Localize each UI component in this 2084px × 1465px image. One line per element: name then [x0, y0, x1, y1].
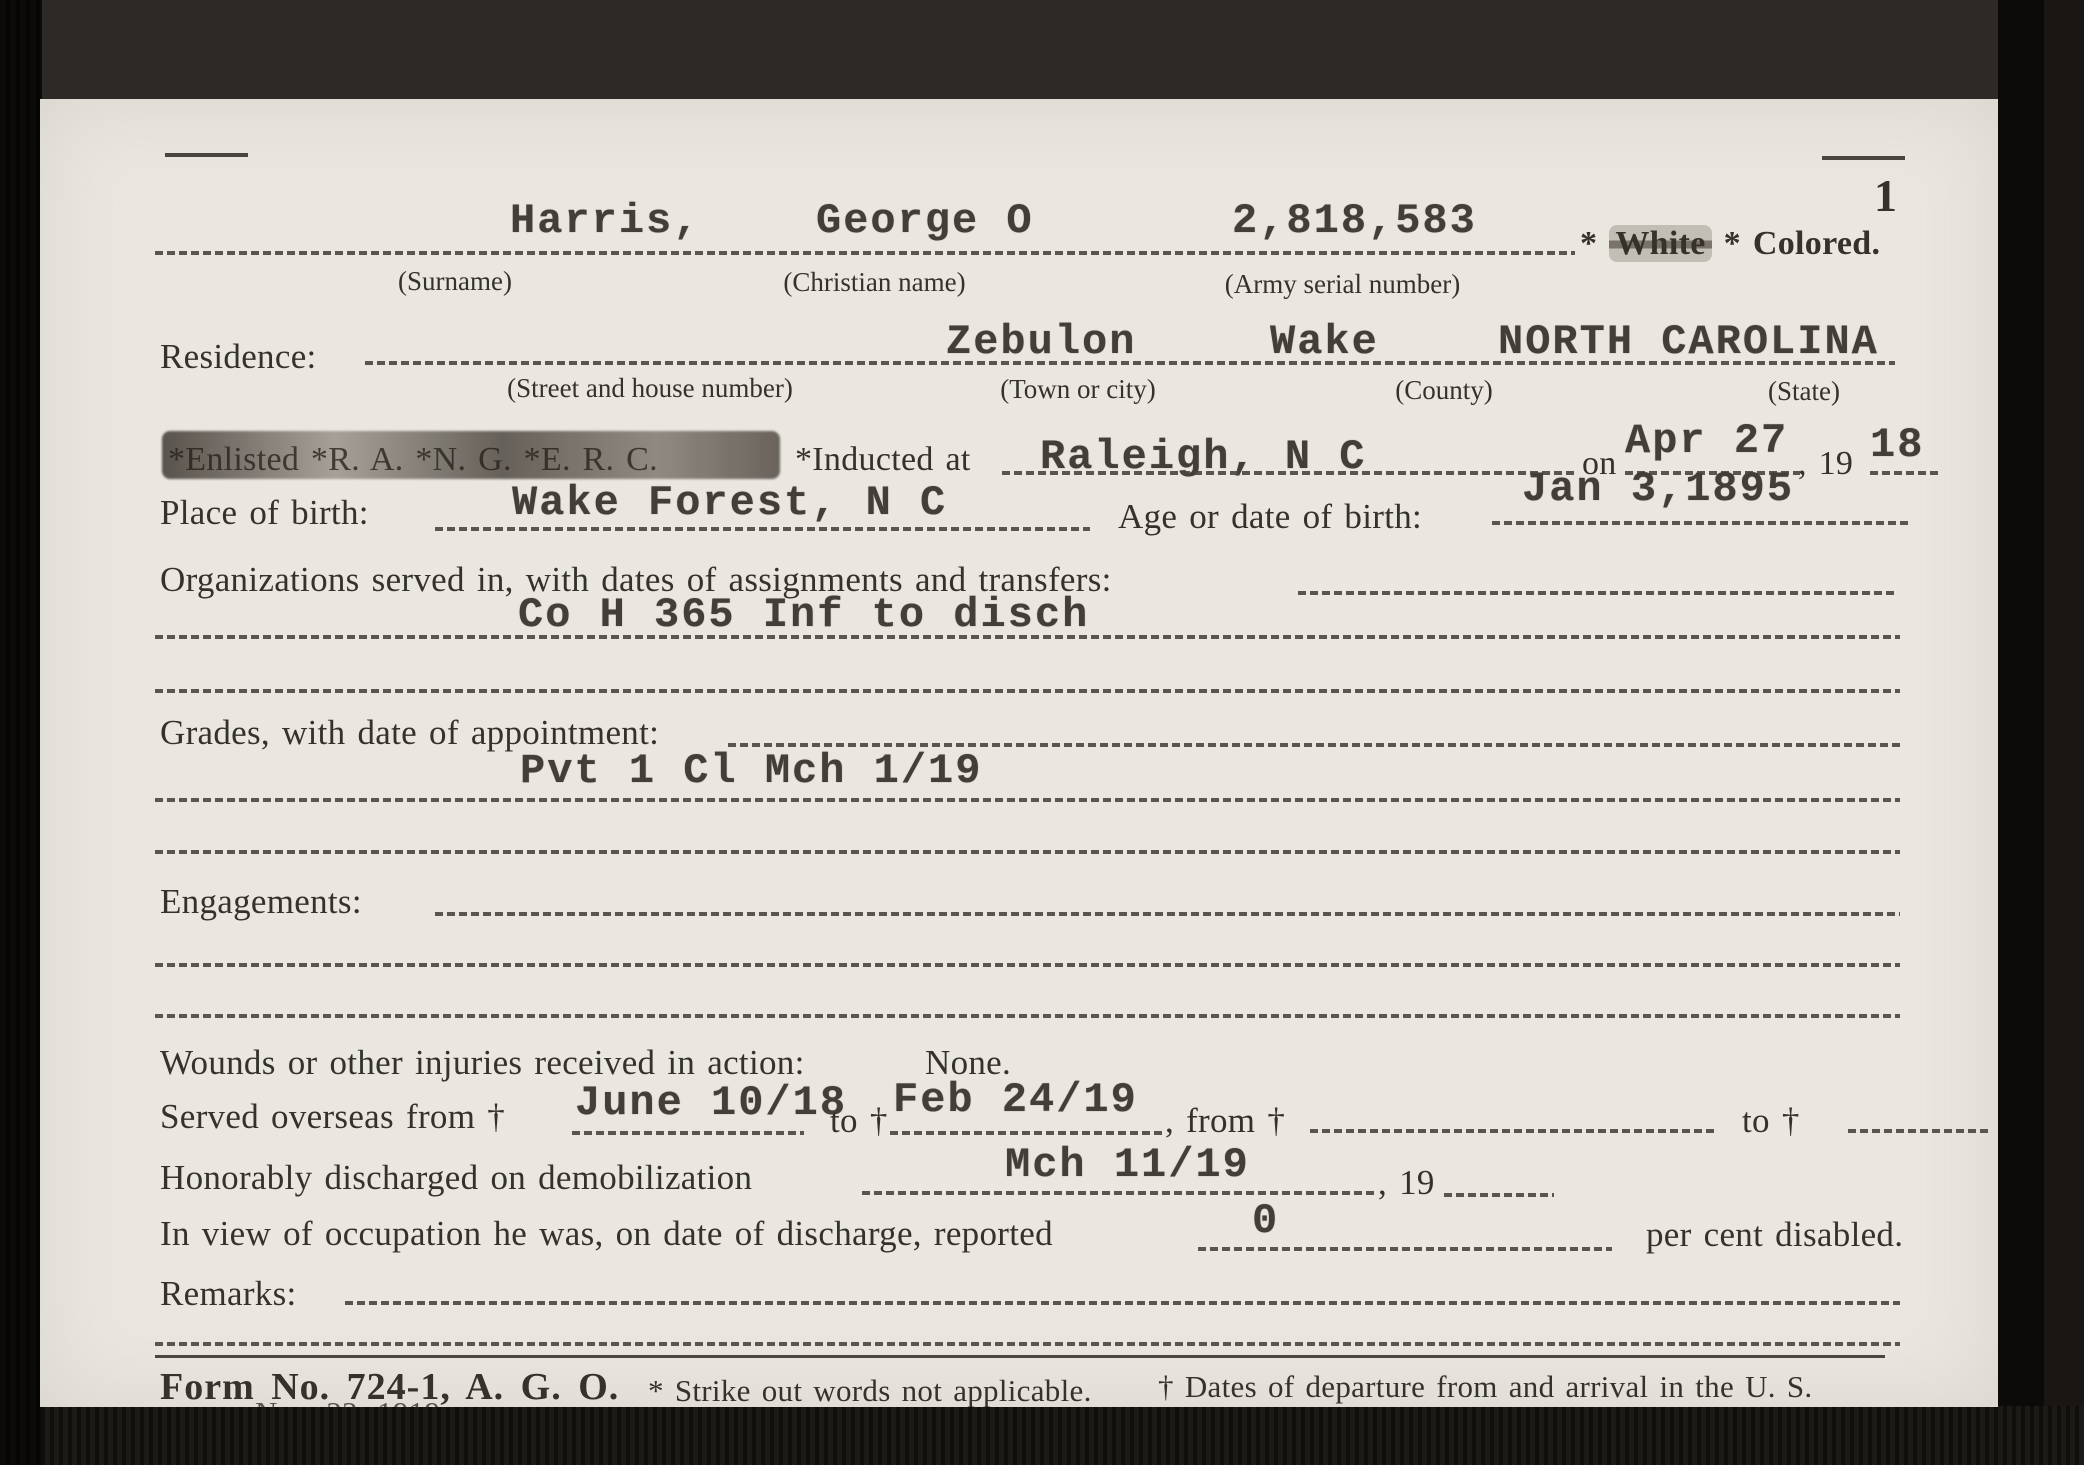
dotted-line	[1310, 1129, 1715, 1133]
dotted-line	[155, 963, 1900, 967]
residence-state-value: NORTH CAROLINA	[1498, 318, 1879, 366]
page-number-rule	[1822, 156, 1905, 160]
scan-background-left-strip	[0, 0, 42, 1465]
organizations-value: Co H 365 Inf to disch	[518, 591, 1089, 639]
inducted-at-label: *Inducted at	[795, 441, 971, 479]
service-record-card: 1 Harris, George O 2,818,583 *White*Colo…	[40, 99, 1998, 1407]
race-option-colored: Colored.	[1753, 225, 1880, 262]
dotted-line	[155, 850, 1900, 854]
overseas-from2-label: , from †	[1165, 1101, 1285, 1141]
dotted-line	[1492, 521, 1912, 525]
christian-name-value: George O	[816, 197, 1034, 245]
dotted-line	[435, 912, 1900, 916]
induction-date-value: Apr 27	[1625, 417, 1788, 465]
race-option-white-struck: White	[1609, 225, 1711, 262]
dotted-line	[155, 1342, 1900, 1346]
race-star-2: *	[1724, 225, 1741, 262]
dotted-line	[890, 1131, 1162, 1135]
dotted-line	[1444, 1193, 1554, 1197]
overseas-to-date: Feb 24/19	[893, 1076, 1138, 1124]
scan-background-right	[1998, 0, 2084, 1465]
dotted-line	[572, 1131, 804, 1135]
overseas-to2-label: to †	[1742, 1101, 1800, 1141]
top-left-mark	[165, 153, 248, 157]
discharge-year-prefix: , 19	[1378, 1163, 1435, 1203]
disability-label: In view of occupation he was, on date of…	[160, 1214, 1053, 1254]
disability-suffix: per cent disabled.	[1646, 1215, 1903, 1255]
strikeout-smudge	[162, 431, 780, 479]
wounds-label: Wounds or other injuries received in act…	[160, 1043, 805, 1083]
dotted-line	[155, 1014, 1900, 1018]
christian-name-caption: (Christian name)	[751, 267, 998, 298]
county-caption: (County)	[1368, 375, 1520, 406]
footer-rule	[155, 1355, 1885, 1358]
place-of-birth-value: Wake Forest, N C	[512, 479, 947, 527]
overseas-to-label: to †	[830, 1101, 888, 1141]
dotted-line	[435, 527, 1090, 531]
dotted-line	[1870, 471, 1940, 475]
dotted-line	[155, 689, 1900, 693]
date-of-birth-value: Jan 3,1895	[1522, 465, 1794, 513]
dotted-line	[345, 1301, 1900, 1305]
surname-caption: (Surname)	[310, 266, 600, 297]
race-line: *White*Colored.	[1580, 225, 1880, 263]
dotted-line	[155, 635, 1900, 639]
overseas-from-date: June 10/18	[575, 1079, 847, 1127]
dotted-line	[155, 251, 1575, 255]
footnote-departure-dates: † Dates of departure from and arrival in…	[1158, 1369, 1812, 1405]
street-caption: (Street and house number)	[470, 373, 830, 404]
dotted-line	[862, 1191, 1374, 1195]
disability-value: 0	[1252, 1197, 1279, 1245]
dotted-line	[1298, 591, 1898, 595]
scan-background-top	[0, 0, 2084, 99]
overseas-from-label: Served overseas from †	[160, 1097, 505, 1137]
footnote-strike-out: * Strike out words not applicable.	[648, 1373, 1092, 1407]
induction-year-value: 18	[1870, 421, 1924, 469]
age-label: Age or date of birth:	[1118, 497, 1422, 537]
document-scan: 1 Harris, George O 2,818,583 *White*Colo…	[0, 0, 2084, 1465]
dotted-line	[1002, 471, 1578, 475]
discharge-label: Honorably discharged on demobilization	[160, 1158, 752, 1198]
dotted-line	[365, 361, 1895, 365]
place-of-birth-label: Place of birth:	[160, 493, 369, 533]
page-number: 1	[1874, 169, 1897, 222]
dotted-line	[155, 798, 1900, 802]
town-caption: (Town or city)	[960, 374, 1196, 405]
scan-background-bottom	[0, 1406, 2084, 1465]
form-date-clipped: Nov. 22, 1919	[255, 1395, 440, 1407]
race-star-1: *	[1580, 225, 1597, 262]
residence-town-value: Zebulon	[946, 318, 1136, 366]
year-prefix: , 19	[1798, 445, 1853, 483]
residence-county-value: Wake	[1270, 318, 1379, 366]
discharge-date-value: Mch 11/19	[1005, 1141, 1250, 1189]
dotted-line	[1848, 1129, 1988, 1133]
serial-number-caption: (Army serial number)	[1193, 269, 1492, 300]
dotted-line	[1198, 1247, 1612, 1251]
engagements-label: Engagements:	[160, 882, 362, 922]
remarks-label: Remarks:	[160, 1274, 297, 1314]
grades-value: Pvt 1 Cl Mch 1/19	[520, 747, 982, 795]
residence-label: Residence:	[160, 337, 317, 377]
surname-value: Harris,	[510, 197, 700, 245]
state-caption: (State)	[1740, 376, 1868, 407]
serial-number-value: 2,818,583	[1232, 197, 1477, 245]
